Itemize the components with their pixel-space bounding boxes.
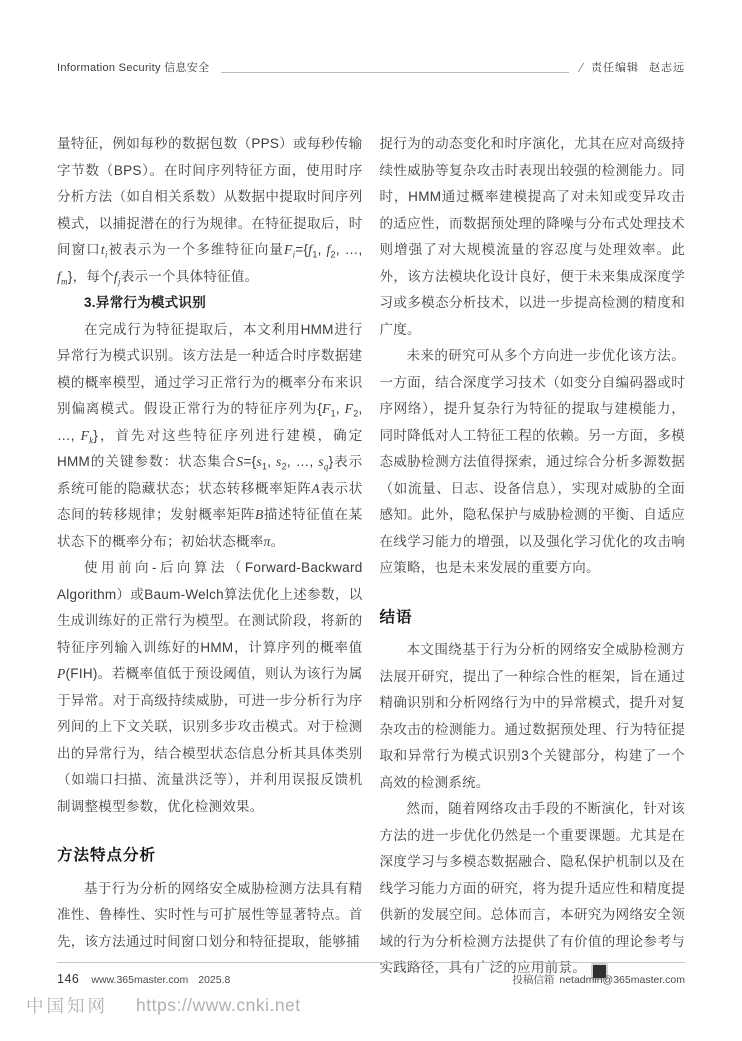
cnki-brand: 中国知网 — [26, 993, 108, 1018]
body-paragraph: 捉行为的动态变化和时序演化，尤其在应对高级持续性威胁等复杂攻击时表现出较强的检测… — [380, 131, 686, 343]
magazine-website: www.365master.com — [91, 974, 188, 986]
section-label: Information Security 信息安全 — [57, 60, 209, 76]
body-paragraph: 本文围绕基于行为分析的网络安全威胁检测方法展开研究，提出了一种综合性的框架，旨在… — [380, 637, 686, 796]
page-footer: 146 www.365master.com 2025.8 投稿信箱 netadm… — [57, 962, 685, 987]
body-paragraph: 在完成行为特征提取后，本文利用HMM进行异常行为模式识别。该方法是一种适合时序数… — [57, 317, 363, 556]
paragraph-text: 然而，随着网络攻击手段的不断演化，针对该方法的进一步优化仍然是一个重要课题。尤其… — [380, 801, 686, 975]
magazine-page: Information Security 信息安全 / 责任编辑赵志远 量特征，… — [0, 0, 742, 1041]
left-column: 量特征，例如每秒的数据包数（PPS）或每秒传输字节数（BPS）。在时间序列特征方… — [57, 131, 363, 982]
cnki-url: https://www.cnki.net — [136, 995, 301, 1016]
submission-email: netadmin@365master.com — [559, 974, 685, 986]
body-paragraph: 量特征，例如每秒的数据包数（PPS）或每秒传输字节数（BPS）。在时间序列特征方… — [57, 131, 363, 290]
page-header: Information Security 信息安全 / 责任编辑赵志远 — [57, 60, 685, 76]
subsection-heading-anomaly-recognition: 3.异常行为模式识别 — [57, 290, 363, 317]
body-paragraph: 然而，随着网络攻击手段的不断演化，针对该方法的进一步优化仍然是一个重要课题。尤其… — [380, 796, 686, 982]
cnki-watermark: 中国知网 https://www.cnki.net — [26, 993, 301, 1018]
editor-label: 责任编辑 — [591, 62, 639, 74]
editor-credit: 责任编辑赵志远 — [591, 60, 685, 76]
footer-right: 投稿信箱 netadmin@365master.com — [512, 972, 685, 987]
page-number: 146 — [57, 972, 79, 986]
mailbox-label: 投稿信箱 — [512, 972, 554, 987]
article-body: 量特征，例如每秒的数据包数（PPS）或每秒传输字节数（BPS）。在时间序列特征方… — [57, 131, 685, 982]
slash-divider: / — [577, 60, 586, 76]
right-column: 捉行为的动态变化和时序演化，尤其在应对高级持续性威胁等复杂攻击时表现出较强的检测… — [380, 131, 686, 982]
body-paragraph: 使用前向-后向算法（Forward-Backward Algorithm）或Ba… — [57, 555, 363, 820]
editor-name: 赵志远 — [649, 62, 685, 74]
footer-left: 146 www.365master.com 2025.8 — [57, 972, 230, 986]
section-heading-conclusion: 结语 — [380, 605, 686, 632]
header-rule — [221, 71, 569, 73]
issue-number: 2025.8 — [198, 974, 230, 986]
section-heading-method-features: 方法特点分析 — [57, 843, 363, 870]
body-paragraph: 基于行为分析的网络安全威胁检测方法具有精准性、鲁棒性、实时性与可扩展性等显著特点… — [57, 876, 363, 956]
body-paragraph: 未来的研究可从多个方向进一步优化该方法。一方面，结合深度学习技术（如变分自编码器… — [380, 343, 686, 582]
